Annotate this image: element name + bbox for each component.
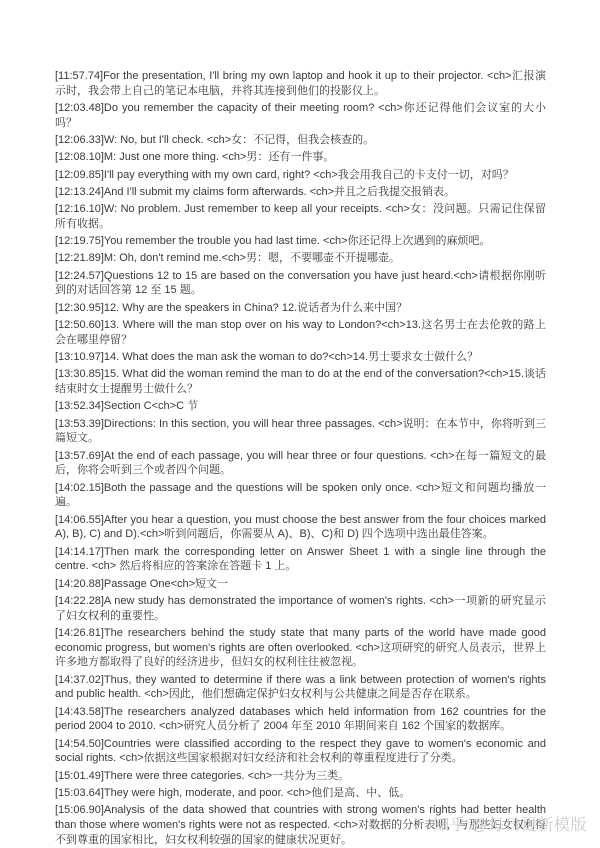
transcript: [11:57.74]For the presentation, I'll bri… (55, 69, 546, 847)
transcript-line: [12:30.95]12. Why are the speakers in Ch… (55, 301, 546, 316)
transcript-line: [14:37.02]Thus, they wanted to determine… (55, 673, 546, 702)
transcript-line: [12:06.33]W: No, but I'll check. <ch>女：不… (55, 133, 546, 148)
transcript-line: [12:19.75]You remember the trouble you h… (55, 234, 546, 249)
transcript-line: [13:10.97]14. What does the man ask the … (55, 350, 546, 365)
transcript-line: [13:53.39]Directions: In this section, y… (55, 417, 546, 446)
transcript-line: [14:06.55]After you hear a question, you… (55, 513, 546, 542)
transcript-line: [13:57.69]At the end of each passage, yo… (55, 449, 546, 478)
transcript-line: [13:52.34]Section C<ch>C 节 (55, 399, 546, 414)
transcript-line: [12:08.10]M: Just one more thing. <ch>男：… (55, 150, 546, 165)
transcript-line: [15:03.64]They were high, moderate, and … (55, 786, 546, 801)
transcript-line: [12:21.89]M: Oh, don't remind me.<ch>男：嗯… (55, 251, 546, 266)
transcript-line: [12:09.85]I'll pay everything with my ow… (55, 168, 546, 183)
transcript-line: [14:26.81]The researchers behind the stu… (55, 626, 546, 670)
transcript-line: [14:54.50]Countries were classified acco… (55, 737, 546, 766)
transcript-line: [13:30.85]15. What did the woman remind … (55, 367, 546, 396)
transcript-line: [14:22.28]A new study has demonstrated t… (55, 594, 546, 623)
document-page: [11:57.74]For the presentation, I'll bri… (0, 0, 600, 848)
transcript-line: [14:43.58]The researchers analyzed datab… (55, 705, 546, 734)
transcript-line: [14:02.15]Both the passage and the quest… (55, 481, 546, 510)
transcript-line: [14:20.88]Passage One<ch>短文一 (55, 577, 546, 592)
watermark: 知乎 @每日更新模版 (433, 812, 587, 835)
transcript-line: [11:57.74]For the presentation, I'll bri… (55, 69, 546, 98)
transcript-line: [12:24.57]Questions 12 to 15 are based o… (55, 269, 546, 298)
transcript-line: [14:14.17]Then mark the corresponding le… (55, 545, 546, 574)
transcript-line: [15:01.49]There were three categories. <… (55, 769, 546, 784)
transcript-line: [12:03.48]Do you remember the capacity o… (55, 101, 546, 130)
transcript-line: [12:16.10]W: No problem. Just remember t… (55, 202, 546, 231)
transcript-line: [12:13.24]And I'll submit my claims form… (55, 185, 546, 200)
transcript-line: [12:50.60]13. Where will the man stop ov… (55, 318, 546, 347)
